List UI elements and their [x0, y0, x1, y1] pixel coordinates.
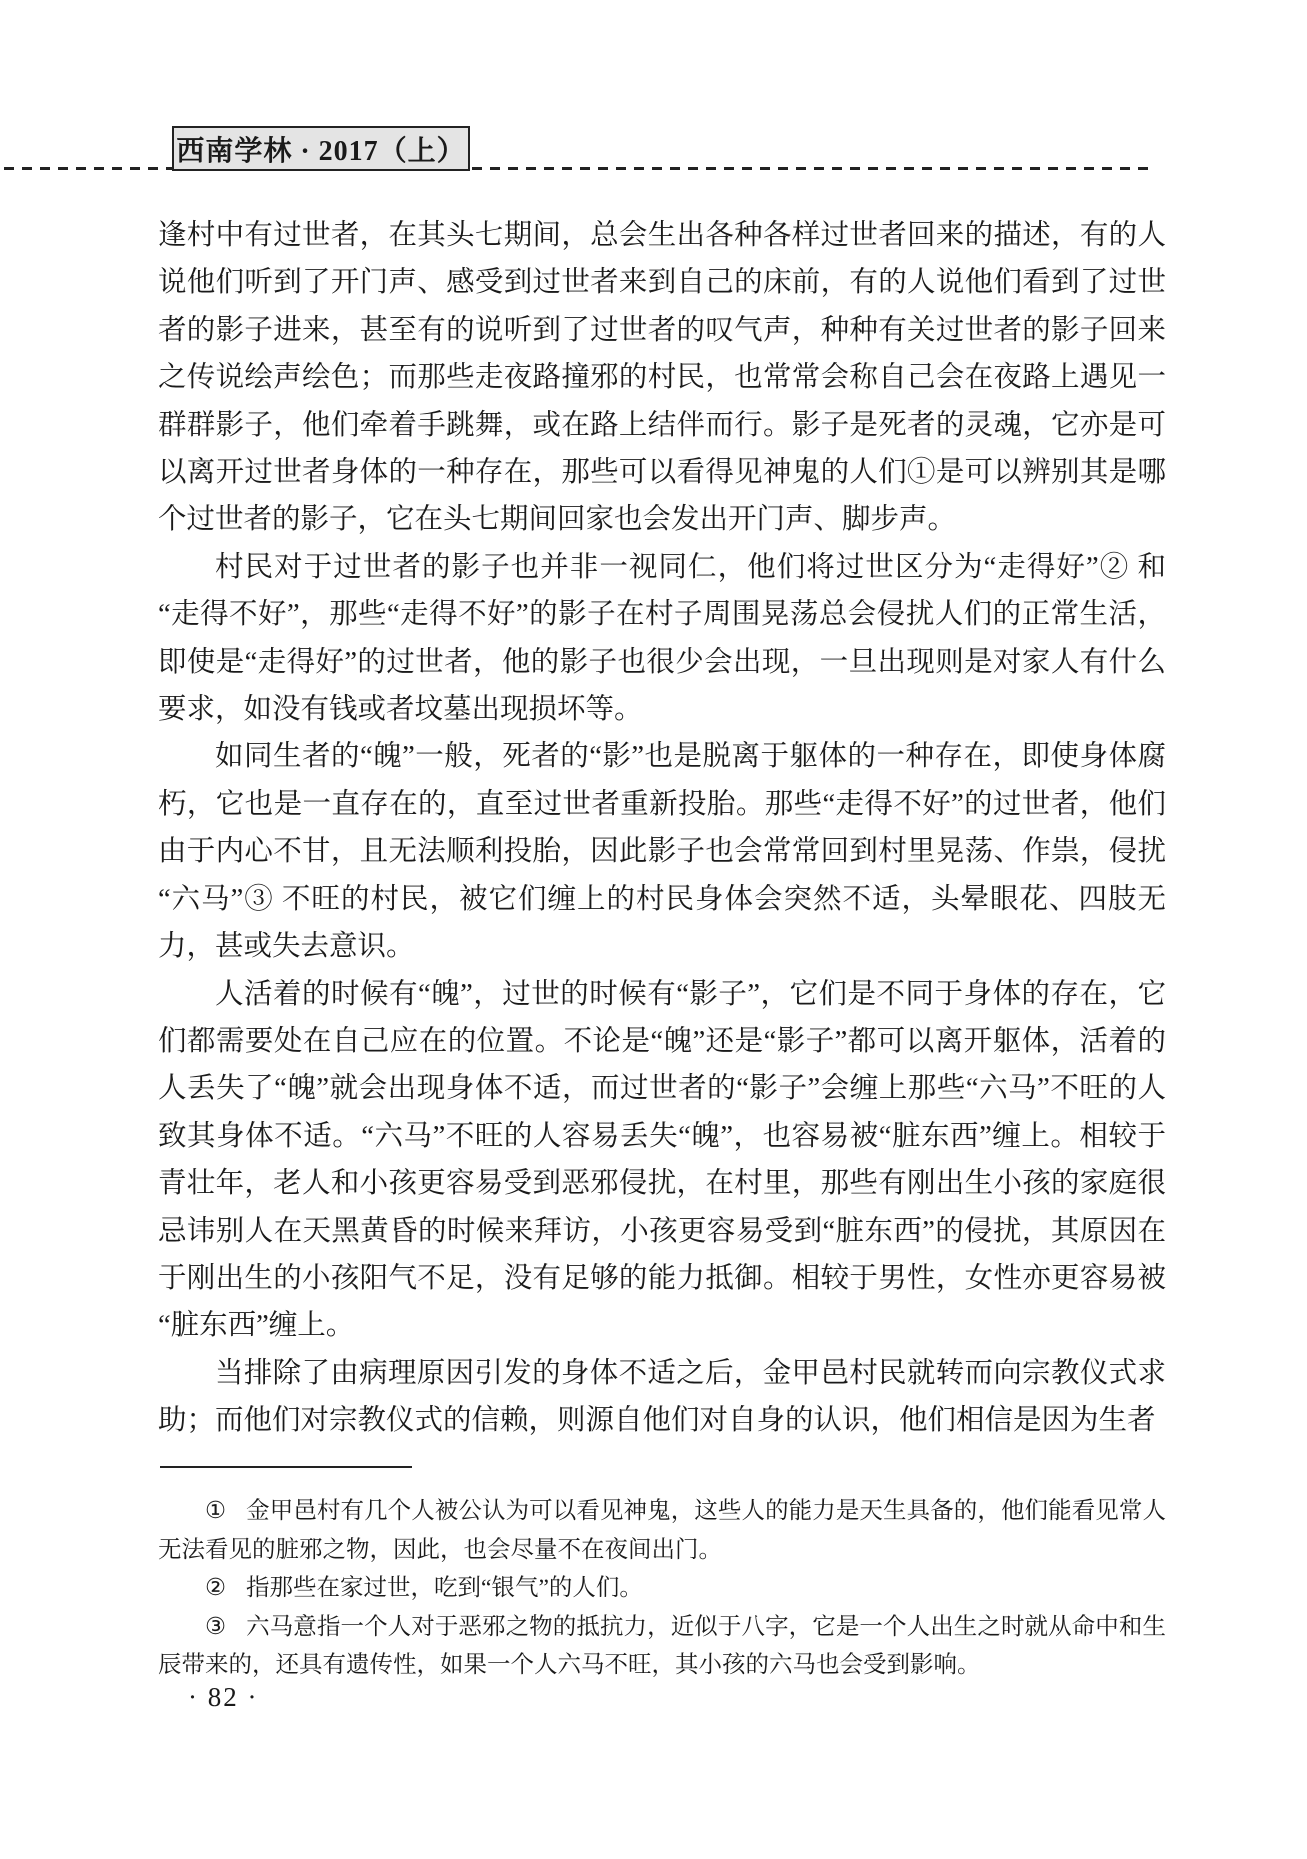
paragraph: 如同生者的“魄”一般，死者的“影”也是脱离于躯体的一种存在，即使身体腐朽，它也是… — [158, 733, 1166, 970]
journal-header-box: 西南学林 · 2017（上） — [172, 126, 470, 171]
book-page: { "colors": { "page_bg": "#ffffff", "tex… — [0, 0, 1307, 1859]
paragraph: 村民对于过世者的影子也并非一视同仁，他们将过世区分为“走得好”② 和“走得不好”… — [158, 544, 1166, 734]
footnote-text: 六马意指一个人对于恶邪之物的抵抗力，近似于八字，它是一个人出生之时就从命中和生辰… — [158, 1614, 1166, 1679]
footnote-text: 指那些在家过世，吃到“银气”的人们。 — [246, 1575, 643, 1601]
footnote: ②指那些在家过世，吃到“银气”的人们。 — [158, 1569, 1166, 1608]
footnote-marker: ② — [205, 1575, 226, 1601]
footnote-text: 金甲邑村有几个人被公认为可以看见神鬼，这些人的能力是天生具备的，他们能看见常人无… — [158, 1498, 1166, 1563]
paragraph: 人活着的时候有“魄”，过世的时候有“影子”，它们是不同于身体的存在，它们都需要处… — [158, 971, 1166, 1350]
footnote-marker: ① — [205, 1498, 226, 1524]
paragraph: 逢村中有过世者，在其头七期间，总会生出各种各样过世者回来的描述，有的人说他们听到… — [158, 212, 1166, 544]
footnote: ①金甲邑村有几个人被公认为可以看见神鬼，这些人的能力是天生具备的，他们能看见常人… — [158, 1492, 1166, 1569]
footnote-marker: ③ — [205, 1614, 226, 1640]
paragraph: 当排除了由病理原因引发的身体不适之后，金甲邑村民就转而向宗教仪式求助；而他们对宗… — [158, 1350, 1166, 1445]
footnotes-block: ①金甲邑村有几个人被公认为可以看见神鬼，这些人的能力是天生具备的，他们能看见常人… — [158, 1492, 1166, 1685]
journal-title: 西南学林 · 2017（上） — [176, 129, 465, 169]
article-body: 逢村中有过世者，在其头七期间，总会生出各种各样过世者回来的描述，有的人说他们听到… — [158, 212, 1166, 1445]
footnote-separator-rule — [160, 1466, 412, 1468]
footnote: ③六马意指一个人对于恶邪之物的抵抗力，近似于八字，它是一个人出生之时就从命中和生… — [158, 1608, 1166, 1685]
page-number: · 82 · — [188, 1682, 258, 1713]
